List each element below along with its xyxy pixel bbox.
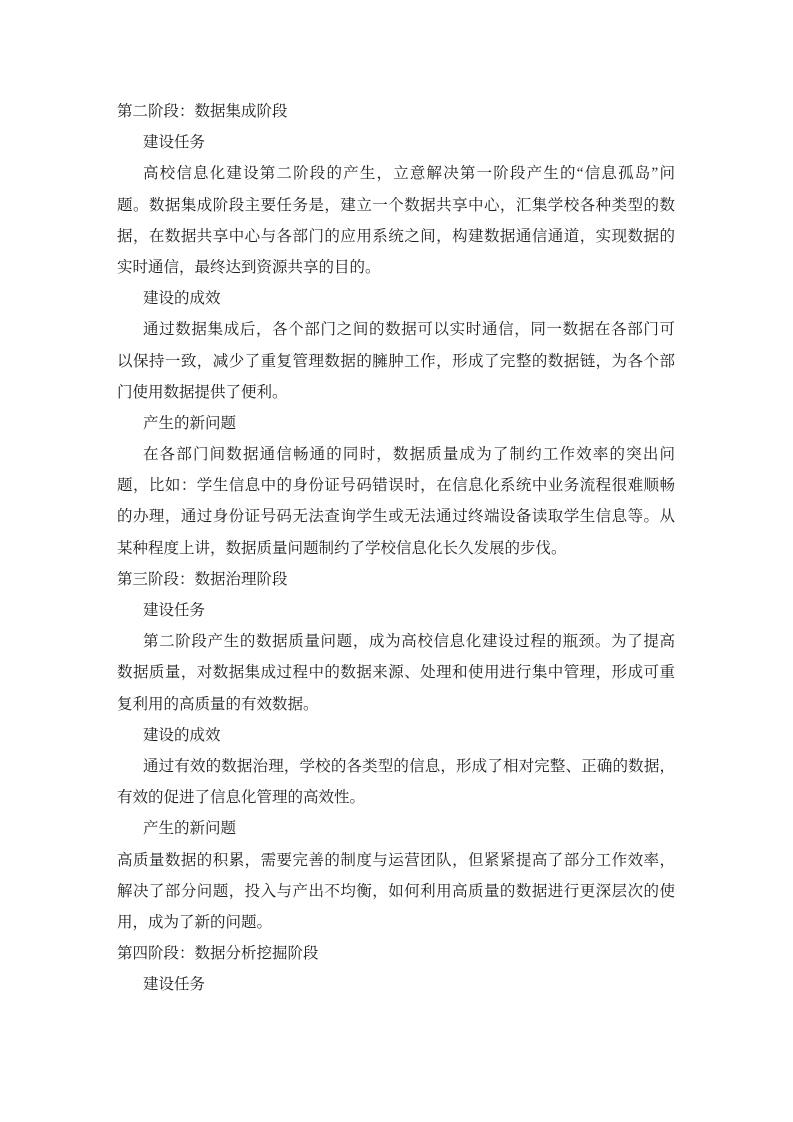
paragraph-line: 的办理，通过身份证号码无法查询学生或无法通过终端设备读取学生信息等。从 — [117, 501, 675, 532]
section-heading: 第四阶段：数据分析挖掘阶段 — [117, 938, 675, 969]
sub-heading: 建设的成效 — [117, 283, 675, 314]
paragraph-line: 题，比如：学生信息中的身份证号码错误时，在信息化系统中业务流程很难顺畅 — [117, 470, 675, 501]
paragraph-line: 复利用的高质量的有效数据。 — [117, 689, 675, 720]
document-page: 第二阶段：数据集成阶段建设任务高校信息化建设第二阶段的产生，立意解决第一阶段产生… — [0, 0, 793, 1122]
sub-heading: 建设任务 — [117, 969, 675, 1000]
paragraph-line: 第二阶段产生的数据质量问题，成为高校信息化建设过程的瓶颈。为了提高 — [117, 626, 675, 657]
section-heading: 第三阶段：数据治理阶段 — [117, 564, 675, 595]
paragraph-line: 通过数据集成后，各个部门之间的数据可以实时通信，同一数据在各部门可 — [117, 314, 675, 345]
paragraph-line: 据，在数据共享中心与各部门的应用系统之间，构建数据通信通道，实现数据的 — [117, 221, 675, 252]
paragraph-line: 实时通信，最终达到资源共享的目的。 — [117, 252, 675, 283]
paragraph-line: 以保持一致，减少了重复管理数据的臃肿工作，形成了完整的数据链，为各个部 — [117, 346, 675, 377]
paragraph-line: 通过有效的数据治理，学校的各类型的信息，形成了相对完整、正确的数据， — [117, 751, 675, 782]
paragraph-line: 在各部门间数据通信畅通的同时，数据质量成为了制约工作效率的突出问 — [117, 439, 675, 470]
sub-heading: 产生的新问题 — [117, 813, 675, 844]
section-heading: 第二阶段：数据集成阶段 — [117, 96, 675, 127]
paragraph-line: 数据质量，对数据集成过程中的数据来源、处理和使用进行集中管理，形成可重 — [117, 657, 675, 688]
paragraph-line: 解决了部分问题，投入与产出不均衡，如何利用高质量的数据进行更深层次的使 — [117, 876, 675, 907]
paragraph-line: 某种程度上讲，数据质量问题制约了学校信息化长久发展的步伐。 — [117, 533, 675, 564]
sub-heading: 建设任务 — [117, 595, 675, 626]
paragraph-line: 用，成为了新的问题。 — [117, 907, 675, 938]
document-content: 第二阶段：数据集成阶段建设任务高校信息化建设第二阶段的产生，立意解决第一阶段产生… — [117, 96, 675, 1000]
paragraph-line: 高质量数据的积累，需要完善的制度与运营团队，但紧紧提高了部分工作效率， — [117, 845, 675, 876]
paragraph-line: 有效的促进了信息化管理的高效性。 — [117, 782, 675, 813]
sub-heading: 建设任务 — [117, 127, 675, 158]
sub-heading: 产生的新问题 — [117, 408, 675, 439]
paragraph-line: 门使用数据提供了便利。 — [117, 377, 675, 408]
sub-heading: 建设的成效 — [117, 720, 675, 751]
paragraph-line: 高校信息化建设第二阶段的产生，立意解决第一阶段产生的“信息孤岛”问 — [117, 158, 675, 189]
paragraph-line: 题。数据集成阶段主要任务是，建立一个数据共享中心，汇集学校各种类型的数 — [117, 190, 675, 221]
